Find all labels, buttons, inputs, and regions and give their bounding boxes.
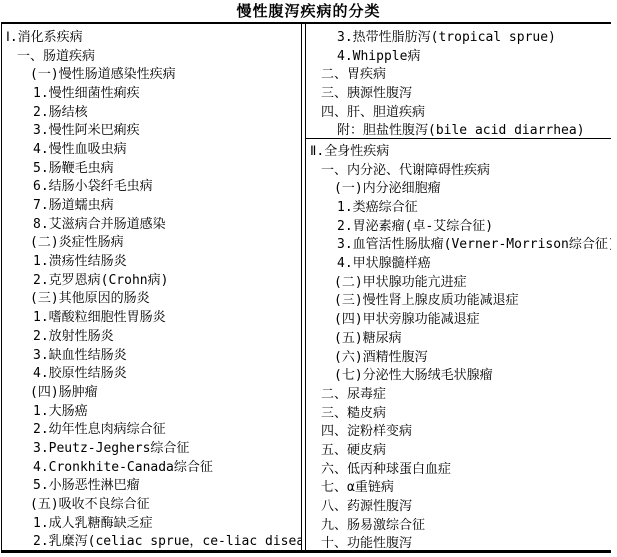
list-item: 2.幼年性息肉病综合征 <box>2 418 301 437</box>
list-item: (四)肠肿瘤 <box>2 381 301 400</box>
list-item: 二、胃疾病 <box>306 63 611 82</box>
list-item: (七)分泌性大肠绒毛状腺瘤 <box>306 364 611 383</box>
list-item: (三)其他原因的肠炎 <box>2 288 301 307</box>
document-page: 慢性腹泻疾病的分类 Ⅰ.消化系疾病一、肠道疾病(一)慢性肠道感染性疾病1.慢性细… <box>0 0 617 557</box>
list-item: 5.肠鞭毛虫病 <box>2 157 301 176</box>
list-item: 2.肠结核 <box>2 101 301 120</box>
list-item: 一、肠道疾病 <box>2 45 301 64</box>
list-item: (五)吸收不良综合征 <box>2 493 301 512</box>
list-item: (四)甲状旁腺功能减退症 <box>306 308 611 327</box>
list-item: 4.Whipple病 <box>306 45 611 64</box>
list-item: (一)内分泌细胞瘤 <box>306 178 611 197</box>
list-item: 7.肠道蠕虫病 <box>2 194 301 213</box>
list-item: 4.Cronkhite-Canada综合征 <box>2 456 301 475</box>
list-item: (二)甲状腺功能亢进症 <box>306 271 611 290</box>
list-item: 七、α重链病 <box>306 477 611 496</box>
list-item: 五、硬皮病 <box>306 439 611 458</box>
list-item: 3.热带性脂肪泻(tropical sprue) <box>306 26 611 45</box>
list-item: 1.类癌综合征 <box>306 196 611 215</box>
list-item: 2.胃泌素瘤(卓-艾综合征) <box>306 215 611 234</box>
list-item: 三、胰源性腹泻 <box>306 82 611 101</box>
list-item: 附：胆盐性腹泻(bile acid diarrhea) <box>306 119 611 138</box>
list-item: 1.慢性细菌性痢疾 <box>2 82 301 101</box>
list-item: 6.结肠小袋纤毛虫病 <box>2 176 301 195</box>
list-item: 十、功能性腹泻 <box>306 533 611 550</box>
list-item: 3.血管活性肠肽瘤(Verner-Morrison综合征) <box>306 234 611 253</box>
list-item: 3.缺血性结肠炎 <box>2 344 301 363</box>
list-item: 三、糙皮病 <box>306 402 611 421</box>
list-item: Ⅱ.全身性疾病 <box>306 140 611 159</box>
list-item: 4.胶原性结肠炎 <box>2 362 301 381</box>
list-item: 3.Peutz-Jeghers综合征 <box>2 437 301 456</box>
list-item: 1.大肠癌 <box>2 400 301 419</box>
list-item: (一)慢性肠道感染性疾病 <box>2 63 301 82</box>
right-column-section-2: Ⅱ.全身性疾病一、内分泌、代谢障碍性疾病(一)内分泌细胞瘤1.类癌综合征2.胃泌… <box>306 139 611 550</box>
left-column: Ⅰ.消化系疾病一、肠道疾病(一)慢性肠道感染性疾病1.慢性细菌性痢疾2.肠结核3… <box>2 24 301 550</box>
list-item: 5.小肠恶性淋巴瘤 <box>2 475 301 494</box>
right-column-section-1: 3.热带性脂肪泻(tropical sprue)4.Whipple病二、胃疾病三… <box>306 24 611 139</box>
list-item: (五)糖尿病 <box>306 327 611 346</box>
list-item: (二)炎症性肠病 <box>2 232 301 251</box>
list-item: 六、低丙种球蛋白血症 <box>306 458 611 477</box>
list-item: 1.溃疡性结肠炎 <box>2 250 301 269</box>
list-item: 四、肝、胆道疾病 <box>306 101 611 120</box>
list-item: 4.慢性血吸虫病 <box>2 138 301 157</box>
classification-table: Ⅰ.消化系疾病一、肠道疾病(一)慢性肠道感染性疾病1.慢性细菌性痢疾2.肠结核3… <box>1 22 611 553</box>
list-item: 4.甲状腺髓样癌 <box>306 252 611 271</box>
list-item: 九、肠易激综合征 <box>306 514 611 533</box>
right-column: 3.热带性脂肪泻(tropical sprue)4.Whipple病二、胃疾病三… <box>306 24 611 550</box>
list-item: 8.艾滋病合并肠道感染 <box>2 213 301 232</box>
list-item: 1.成人乳糖酶缺乏症 <box>2 512 301 531</box>
list-item: 2.乳糜泻(celiac sprue，ce-liac disease) <box>2 531 301 550</box>
list-item: 2.放射性肠炎 <box>2 325 301 344</box>
list-item: 二、尿毒症 <box>306 383 611 402</box>
list-item: 一、内分泌、代谢障碍性疾病 <box>306 159 611 178</box>
list-item: Ⅰ.消化系疾病 <box>2 26 301 45</box>
list-item: 四、淀粉样变病 <box>306 420 611 439</box>
page-title: 慢性腹泻疾病的分类 <box>0 2 617 21</box>
list-item: 八、药源性腹泻 <box>306 495 611 514</box>
list-item: 3.慢性阿米巴痢疾 <box>2 119 301 138</box>
list-item: 1.嗜酸粒细胞性胃肠炎 <box>2 306 301 325</box>
list-item: (六)酒精性腹泻 <box>306 346 611 365</box>
list-item: 2.克罗恩病(Crohn病) <box>2 269 301 288</box>
list-item: (三)慢性肾上腺皮质功能减退症 <box>306 290 611 309</box>
